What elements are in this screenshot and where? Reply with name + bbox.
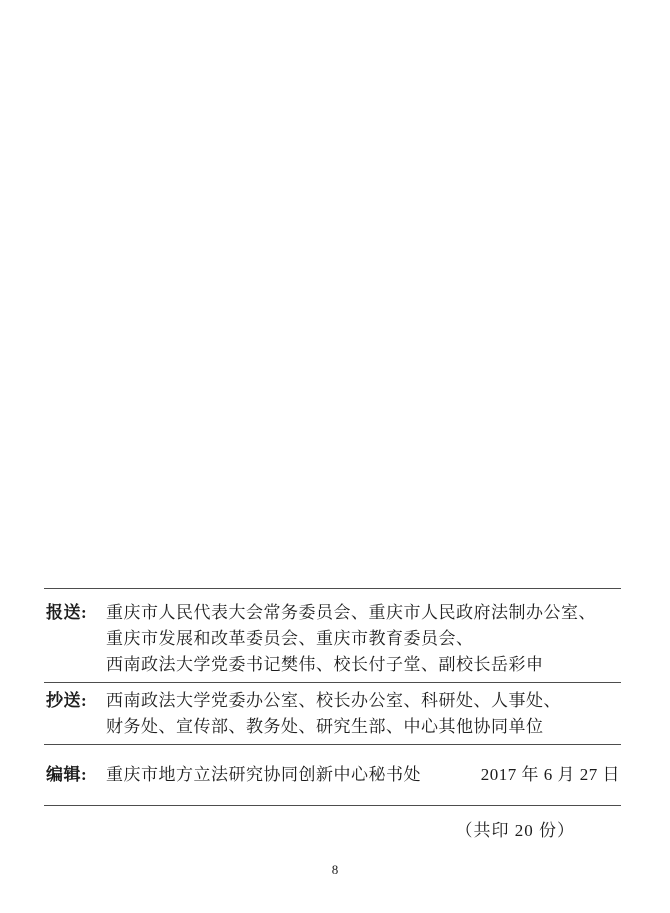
print-copies-note: （共印 20 份） [456,816,576,841]
colophon-block: 报送: 重庆市人民代表大会常务委员会、重庆市人民政府法制办公室、 重庆市发展和改… [44,588,621,806]
document-page: 报送: 重庆市人民代表大会常务委员会、重庆市人民政府法制办公室、 重庆市发展和改… [0,0,670,913]
page-number: 8 [0,862,670,878]
copy-to-section: 抄送: 西南政法大学党委办公室、校长办公室、科研处、人事处、 财务处、宣传部、教… [44,683,621,745]
submit-to-line: 重庆市发展和改革委员会、重庆市教育委员会、 [106,626,621,652]
copy-to-content: 西南政法大学党委办公室、校长办公室、科研处、人事处、 财务处、宣传部、教务处、研… [106,688,621,740]
editor-row: 重庆市地方立法研究协同创新中心秘书处 2017 年 6 月 27 日 [106,762,621,788]
editor-label: 编辑: [46,762,106,788]
submit-to-line: 重庆市人民代表大会常务委员会、重庆市人民政府法制办公室、 [106,600,621,626]
copy-to-line: 西南政法大学党委办公室、校长办公室、科研处、人事处、 [106,688,621,714]
submit-to-content: 重庆市人民代表大会常务委员会、重庆市人民政府法制办公室、 重庆市发展和改革委员会… [106,600,621,678]
submit-to-line: 西南政法大学党委书记樊伟、校长付子堂、副校长岳彩申 [106,652,621,678]
copy-to-label: 抄送: [46,688,106,714]
editor-section: 编辑: 重庆市地方立法研究协同创新中心秘书处 2017 年 6 月 27 日 [44,745,621,805]
editor-name: 重庆市地方立法研究协同创新中心秘书处 [106,762,421,788]
editor-date: 2017 年 6 月 27 日 [481,762,621,788]
copy-to-line: 财务处、宣传部、教务处、研究生部、中心其他协同单位 [106,714,621,740]
submit-to-section: 报送: 重庆市人民代表大会常务委员会、重庆市人民政府法制办公室、 重庆市发展和改… [44,589,621,683]
submit-to-label: 报送: [46,600,106,626]
